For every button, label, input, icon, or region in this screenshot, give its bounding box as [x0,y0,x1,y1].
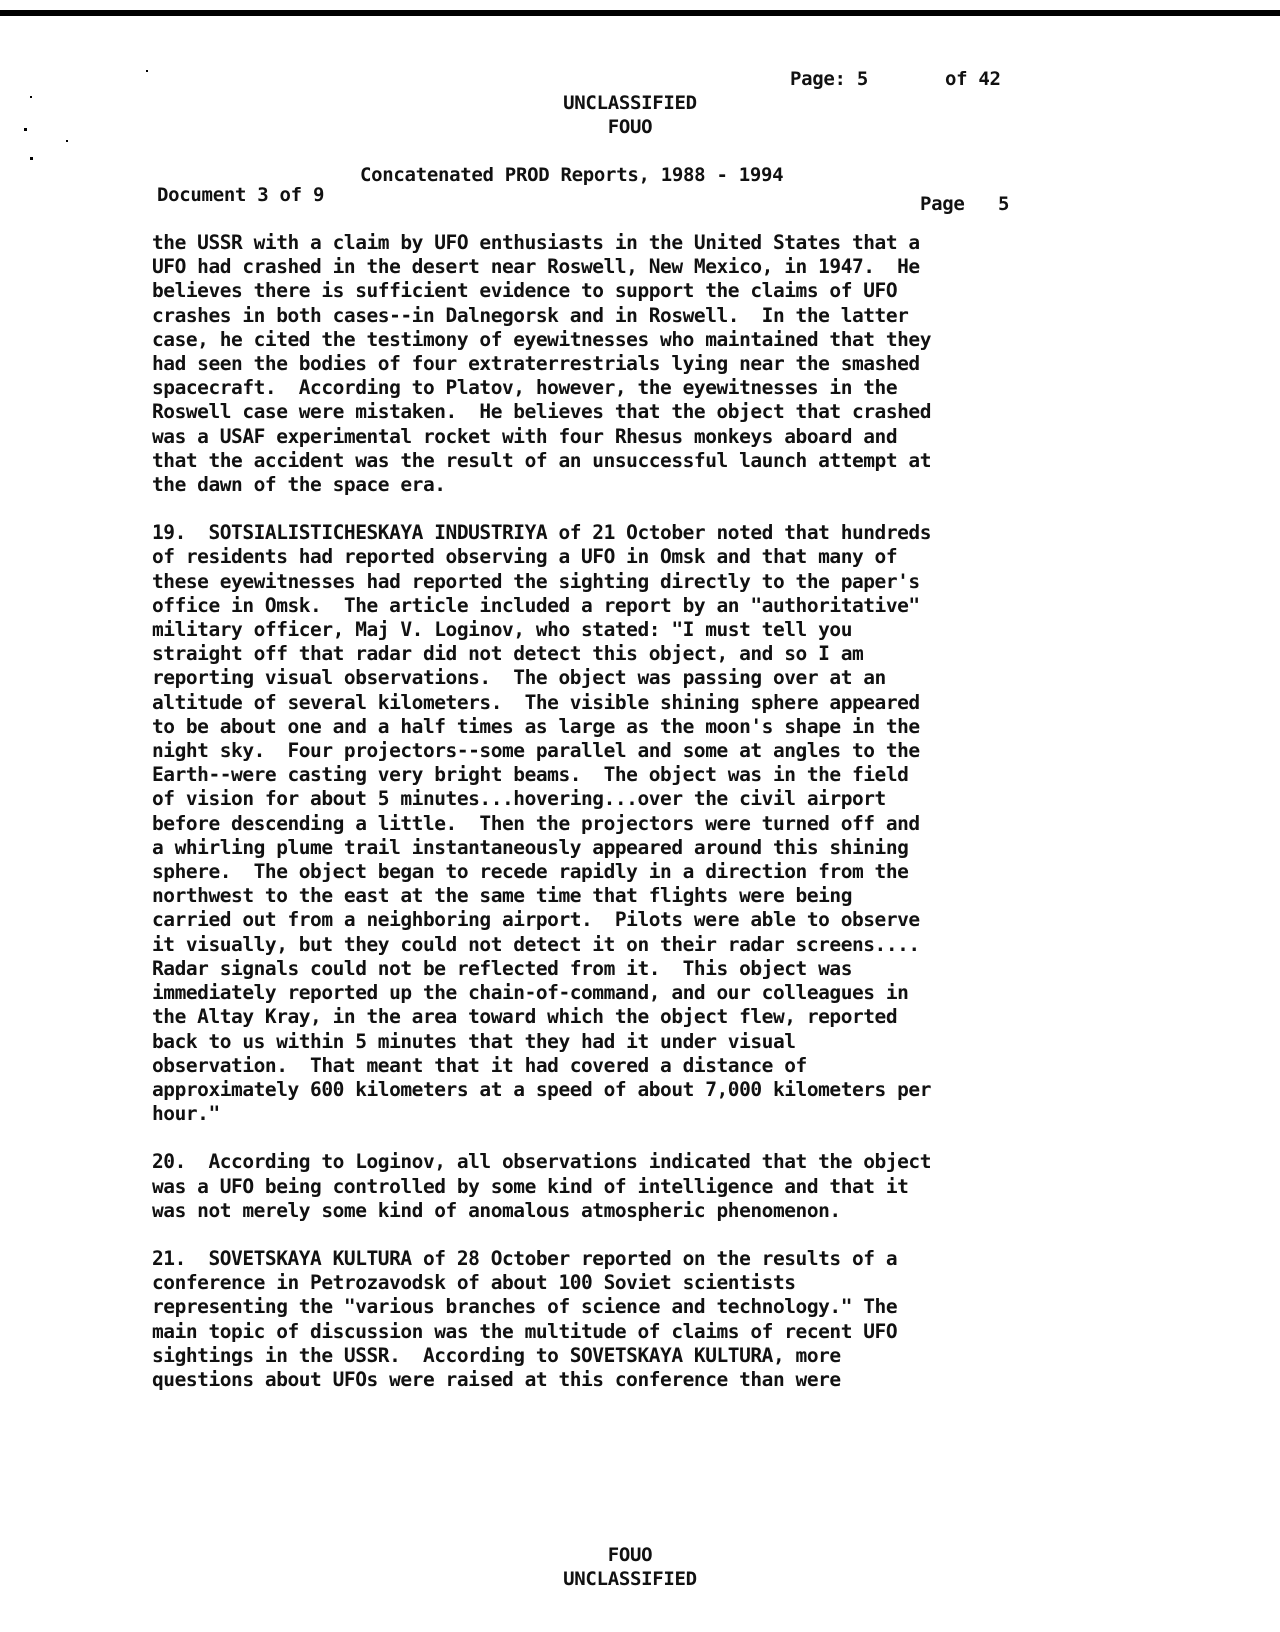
classification-top: UNCLASSIFIED [0,92,1260,114]
text-line: had seen the bodies of four extraterrest… [152,352,1052,376]
report-title: Concatenated PROD Reports, 1988 - 1994 [360,164,783,186]
text-line: spacecraft. According to Platov, however… [152,376,1052,400]
text-line: altitude of several kilometers. The visi… [152,691,1052,715]
text-line: 20. According to Loginov, all observatio… [152,1150,1052,1174]
paragraph-21: 21. SOVETSKAYA KULTURA of 28 October rep… [152,1247,1052,1392]
document-body: the USSR with a claim by UFO enthusiasts… [152,231,1052,1392]
text-line: crashes in both cases--in Dalnegorsk and… [152,304,1052,328]
text-line: to be about one and a half times as larg… [152,715,1052,739]
text-line: was not merely some kind of anomalous at… [152,1199,1052,1223]
text-line: believes there is sufficient evidence to… [152,279,1052,303]
text-line: of residents had reported observing a UF… [152,545,1052,569]
scan-top-border [0,10,1280,16]
text-line: before descending a little. Then the pro… [152,812,1052,836]
scan-speck [146,70,148,72]
text-line: night sky. Four projectors--some paralle… [152,739,1052,763]
text-line: office in Omsk. The article included a r… [152,594,1052,618]
scan-speck [66,140,68,142]
text-line: the USSR with a claim by UFO enthusiasts… [152,231,1052,255]
text-line: immediately reported up the chain-of-com… [152,981,1052,1005]
text-line: case, he cited the testimony of eyewitne… [152,328,1052,352]
text-line: carried out from a neighboring airport. … [152,908,1052,932]
text-line: 19. SOTSIALISTICHESKAYA INDUSTRIYA of 21… [152,521,1052,545]
text-line: the Altay Kray, in the area toward which… [152,1005,1052,1029]
text-line: Earth--were casting very bright beams. T… [152,763,1052,787]
text-line: conference in Petrozavodsk of about 100 … [152,1271,1052,1295]
text-line: sphere. The object began to recede rapid… [152,860,1052,884]
text-line: UFO had crashed in the desert near Roswe… [152,255,1052,279]
text-line: 21. SOVETSKAYA KULTURA of 28 October rep… [152,1247,1052,1271]
text-line: representing the "various branches of sc… [152,1295,1052,1319]
text-line: a whirling plume trail instantaneously a… [152,836,1052,860]
text-line: Roswell case were mistaken. He believes … [152,400,1052,424]
scan-speck [30,157,33,160]
page-number: Page 5 [920,193,1009,215]
text-line: hour." [152,1102,1052,1126]
text-line: questions about UFOs were raised at this… [152,1368,1052,1392]
classification-bottom: UNCLASSIFIED [0,1568,1260,1590]
text-line: northwest to the east at the same time t… [152,884,1052,908]
document-index: Document 3 of 9 [157,184,324,206]
page-total: of 42 [945,68,1001,90]
text-line: straight off that radar did not detect t… [152,642,1052,666]
paragraph-19: 19. SOTSIALISTICHESKAYA INDUSTRIYA of 21… [152,521,1052,1126]
page-indicator: Page: 5 [790,68,868,90]
paragraph-continuation: the USSR with a claim by UFO enthusiasts… [152,231,1052,497]
text-line: military officer, Maj V. Loginov, who st… [152,618,1052,642]
text-line: approximately 600 kilometers at a speed … [152,1078,1052,1102]
paragraph-20: 20. According to Loginov, all observatio… [152,1150,1052,1223]
text-line: was a USAF experimental rocket with four… [152,425,1052,449]
text-line: Radar signals could not be reflected fro… [152,957,1052,981]
text-line: reporting visual observations. The objec… [152,666,1052,690]
text-line: these eyewitnesses had reported the sigh… [152,570,1052,594]
text-line: of vision for about 5 minutes...hovering… [152,787,1052,811]
text-line: back to us within 5 minutes that they ha… [152,1030,1052,1054]
text-line: sightings in the USSR. According to SOVE… [152,1344,1052,1368]
text-line: observation. That meant that it had cove… [152,1054,1052,1078]
handling-top: FOUO [0,116,1260,138]
handling-bottom: FOUO [0,1544,1260,1566]
text-line: it visually, but they could not detect i… [152,933,1052,957]
text-line: that the accident was the result of an u… [152,449,1052,473]
text-line: the dawn of the space era. [152,473,1052,497]
text-line: was a UFO being controlled by some kind … [152,1175,1052,1199]
text-line: main topic of discussion was the multitu… [152,1320,1052,1344]
